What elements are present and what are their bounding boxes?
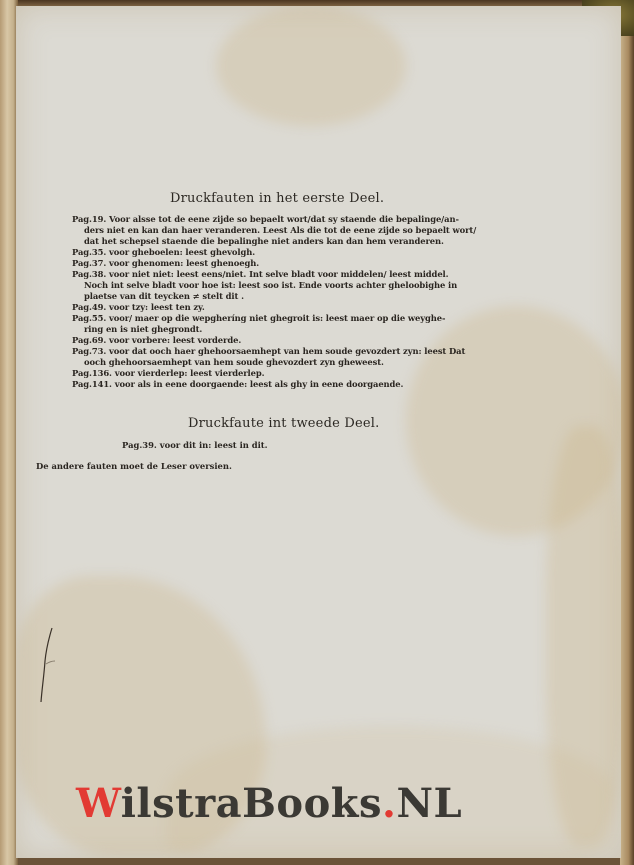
watermark-dot: .	[382, 780, 396, 827]
errata-page: Pag.37.	[72, 258, 106, 268]
watermark-first-letter: W	[76, 780, 121, 827]
errata-text: ooch ghehoorsaemhept van hem soude ghevo…	[72, 357, 552, 368]
errata-entry: Pag.69. voor vorbere: leest vorderde.	[72, 335, 552, 346]
errata-text: voor gheboelen: leest ghevolgh.	[109, 247, 255, 257]
errata-text: dat het schepsel staende die bepalinghe …	[72, 236, 552, 247]
errata-entry: Pag.35. voor gheboelen: leest ghevolgh.	[72, 247, 552, 258]
errata-page: Pag.35.	[72, 247, 106, 257]
errata-page: Pag.73.	[72, 346, 106, 356]
errata-page: Pag.69.	[72, 335, 106, 345]
errata-entry: Pag.38. voor niet niet: leest eens/niet.…	[72, 269, 552, 302]
errata-list-first-part: Pag.19. Voor alsse tot de eene zijde so …	[72, 214, 552, 390]
errata-page: Pag.19.	[72, 214, 106, 224]
errata-entry: Pag.49. voor tzy: leest ten zy.	[72, 302, 552, 313]
errata-page: Pag.141.	[72, 379, 112, 389]
errata-page: Pag.55.	[72, 313, 106, 323]
errata-text: voor dat ooch haer ghehoorsaemhept van h…	[109, 346, 465, 356]
wilstrabooks-watermark: WilstraBooks.NL	[76, 780, 462, 827]
heading-first-part: Druckfauten in het eerste Deel.	[170, 191, 384, 206]
errata-text: voor/ maer op die wepgheríng niet ghegro…	[109, 313, 445, 323]
errata-text: voor als in eene doorgaende: leest als g…	[115, 379, 404, 389]
closing-note: De andere fauten moet de Leser oversien.	[36, 461, 232, 471]
errata-text: voor vierderlep: leest vierderlep.	[115, 368, 265, 378]
pencil-mark-icon	[38, 626, 58, 706]
errata-page: Pag.39.	[122, 440, 157, 450]
errata-text: ring en is niet ghegrondt.	[72, 324, 552, 335]
errata-text: voor dit in: leest in dit.	[160, 440, 268, 450]
watermark-suffix: NL	[396, 780, 462, 827]
book-page-edge-right	[620, 30, 634, 865]
errata-text: ders niet en kan dan haer veranderen. Le…	[72, 225, 552, 236]
errata-page: Pag.38.	[72, 269, 106, 279]
book-page: Druckfauten in het eerste Deel. Pag.19. …	[16, 6, 621, 858]
heading-second-part: Druckfaute int tweede Deel.	[188, 416, 379, 431]
errata-entry: Pag.19. Voor alsse tot de eene zijde so …	[72, 214, 552, 247]
errata-entry: Pag.136. voor vierderlep: leest vierderl…	[72, 368, 552, 379]
errata-page: Pag.49.	[72, 302, 106, 312]
page-content: Druckfauten in het eerste Deel. Pag.19. …	[16, 6, 621, 858]
errata-text: voor vorbere: leest vorderde.	[109, 335, 241, 345]
errata-text: voor ghenomen: leest ghenoegh.	[109, 258, 259, 268]
errata-page: Pag.136.	[72, 368, 112, 378]
errata-text: Noch int selve bladt voor hoe ist: leest…	[72, 280, 552, 291]
errata-text: plaetse van dit teycken ≠ stelt dit .	[72, 291, 552, 302]
errata-entry: Pag.73. voor dat ooch haer ghehoorsaemhe…	[72, 346, 552, 368]
errata-entry: Pag.55. voor/ maer op die wepgheríng nie…	[72, 313, 552, 335]
errata-text: Voor alsse tot de eene zijde so bepaelt …	[109, 214, 459, 224]
errata-text: voor niet niet: leest eens/niet. Int sel…	[109, 269, 448, 279]
watermark-name: ilstraBooks	[121, 780, 382, 827]
errata-entry-second-part: Pag.39. voor dit in: leest in dit.	[122, 440, 268, 450]
errata-entry: Pag.37. voor ghenomen: leest ghenoegh.	[72, 258, 552, 269]
errata-entry: Pag.141. voor als in eene doorgaende: le…	[72, 379, 552, 390]
errata-text: voor tzy: leest ten zy.	[109, 302, 205, 312]
